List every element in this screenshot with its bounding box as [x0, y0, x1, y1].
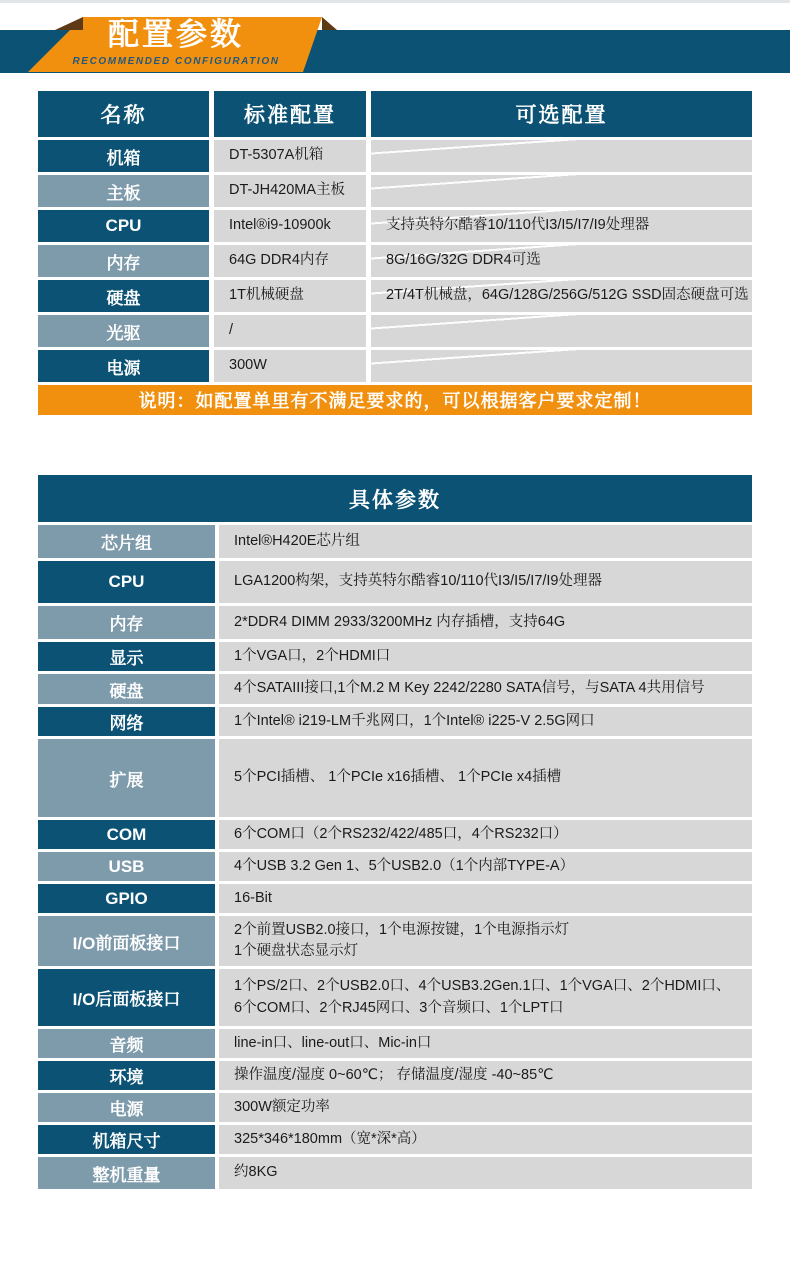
optional-config-cell [371, 175, 752, 207]
table-row: 显示 1个VGA口，2个HDMI口 [38, 642, 752, 671]
row-label-cell: 整机重量 [38, 1157, 215, 1189]
table-row: 硬盘 4个SATAIII接口,1个M.2 M Key 2242/2280 SAT… [38, 674, 752, 704]
table-row: 电源 300W [38, 350, 752, 382]
table-row: CPU LGA1200构架，支持英特尔酷睿10/110代I3/I5/I7/I9处… [38, 561, 752, 603]
banner-text-block: 配置参数 RECOMMENDED CONFIGURATION [45, 18, 307, 67]
table-row: GPIO 16-Bit [38, 884, 752, 913]
spec-value-cell: 1个PS/2口、2个USB2.0口、4个USB3.2Gen.1口、1个VGA口、… [219, 969, 752, 1026]
page-subtitle: RECOMMENDED CONFIGURATION [45, 56, 307, 67]
table-row: COM 6个COM口（2个RS232/422/485口，4个RS232口） [38, 820, 752, 849]
column-header-standard: 标准配置 [214, 91, 366, 137]
row-label-cell: CPU [38, 210, 209, 242]
table-row: 电源 300W额定功率 [38, 1093, 752, 1122]
standard-config-cell: DT-JH420MA主板 [214, 175, 366, 207]
optional-config-cell: 支持英特尔酷睿10/110代I3/I5/I7/I9处理器 [371, 210, 752, 242]
row-label-cell: 电源 [38, 1093, 215, 1122]
table-row: CPU Intel®i9-10900k 支持英特尔酷睿10/110代I3/I5/… [38, 210, 752, 242]
row-label-cell: 扩展 [38, 739, 215, 817]
row-label-cell: I/O前面板接口 [38, 916, 215, 966]
standard-config-cell: DT-5307A机箱 [214, 140, 366, 172]
row-label-cell: CPU [38, 561, 215, 603]
table-row: 扩展 5个PCI插槽、 1个PCIe x16插槽、 1个PCIe x4插槽 [38, 739, 752, 817]
spec-value-cell: 1个VGA口，2个HDMI口 [219, 642, 752, 671]
spec-value-cell: 操作温度/湿度 0~60℃； 存储温度/湿度 -40~85℃ [219, 1061, 752, 1090]
standard-config-cell: 1T机械硬盘 [214, 280, 366, 312]
spec-value-cell: 16-Bit [219, 884, 752, 913]
spec-value-cell: LGA1200构架，支持英特尔酷睿10/110代I3/I5/I7/I9处理器 [219, 561, 752, 603]
table-row: 环境 操作温度/湿度 0~60℃； 存储温度/湿度 -40~85℃ [38, 1061, 752, 1090]
spec-value-cell: 300W额定功率 [219, 1093, 752, 1122]
row-label-cell: GPIO [38, 884, 215, 913]
spec-value-cell: 5个PCI插槽、 1个PCIe x16插槽、 1个PCIe x4插槽 [219, 739, 752, 817]
spec-table-body: 芯片组 Intel®H420E芯片组 CPU LGA1200构架，支持英特尔酷睿… [38, 525, 752, 1189]
row-label-cell: 光驱 [38, 315, 209, 347]
row-label-cell: 环境 [38, 1061, 215, 1090]
spec-table-title: 具体参数 [38, 475, 752, 522]
table-row: 内存 64G DDR4内存 8G/16G/32G DDR4可选 [38, 245, 752, 277]
table-row: 内存 2*DDR4 DIMM 2933/3200MHz 内存插槽，支持64G [38, 606, 752, 639]
row-label-cell: 芯片组 [38, 525, 215, 558]
row-label-cell: 内存 [38, 606, 215, 639]
spec-value-cell: Intel®H420E芯片组 [219, 525, 752, 558]
row-label-cell: 机箱尺寸 [38, 1125, 215, 1154]
table-row: 芯片组 Intel®H420E芯片组 [38, 525, 752, 558]
row-label-cell: I/O后面板接口 [38, 969, 215, 1026]
spec-value-cell: line-in口、line-out口、Mic-in口 [219, 1029, 752, 1058]
standard-config-cell: Intel®i9-10900k [214, 210, 366, 242]
optional-config-cell: 8G/16G/32G DDR4可选 [371, 245, 752, 277]
table-row: 网络 1个Intel® i219-LM千兆网口，1个Intel® i225-V … [38, 707, 752, 736]
spec-value-cell: 4个USB 3.2 Gen 1、5个USB2.0（1个内部TYPE-A） [219, 852, 752, 881]
table-row: I/O前面板接口 2个前置USB2.0接口，1个电源按键，1个电源指示灯 1个硬… [38, 916, 752, 966]
optional-config-cell [371, 350, 752, 382]
page-title: 配置参数 [45, 18, 307, 52]
spec-value-cell: 约8KG [219, 1157, 752, 1189]
spec-value-cell: 325*346*180mm（宽*深*高） [219, 1125, 752, 1154]
spec-value-cell: 2个前置USB2.0接口，1个电源按键，1个电源指示灯 1个硬盘状态显示灯 [219, 916, 752, 966]
spec-table: 具体参数 芯片组 Intel®H420E芯片组 CPU LGA1200构架，支持… [38, 475, 752, 1189]
spec-value-cell: 2*DDR4 DIMM 2933/3200MHz 内存插槽，支持64G [219, 606, 752, 639]
config-note-bar: 说明：如配置单里有不满足要求的，可以根据客户要求定制！ [38, 385, 752, 415]
table-row: 音频 line-in口、line-out口、Mic-in口 [38, 1029, 752, 1058]
table-row: 硬盘 1T机械硬盘 2T/4T机械盘，64G/128G/256G/512G SS… [38, 280, 752, 312]
spec-value-cell: 4个SATAIII接口,1个M.2 M Key 2242/2280 SATA信号… [219, 674, 752, 704]
table-row: 机箱 DT-5307A机箱 [38, 140, 752, 172]
row-label-cell: COM [38, 820, 215, 849]
spec-value-cell: 1个Intel® i219-LM千兆网口，1个Intel® i225-V 2.5… [219, 707, 752, 736]
header-banner: 配置参数 RECOMMENDED CONFIGURATION [0, 3, 790, 85]
table-row: USB 4个USB 3.2 Gen 1、5个USB2.0（1个内部TYPE-A） [38, 852, 752, 881]
table-row: 整机重量 约8KG [38, 1157, 752, 1189]
row-label-cell: 显示 [38, 642, 215, 671]
column-header-name: 名称 [38, 91, 209, 137]
row-label-cell: 硬盘 [38, 280, 209, 312]
table-row: 光驱 / [38, 315, 752, 347]
table-row: I/O后面板接口 1个PS/2口、2个USB2.0口、4个USB3.2Gen.1… [38, 969, 752, 1026]
row-label-cell: 音频 [38, 1029, 215, 1058]
row-label-cell: USB [38, 852, 215, 881]
row-label-cell: 内存 [38, 245, 209, 277]
spec-value-cell: 6个COM口（2个RS232/422/485口，4个RS232口） [219, 820, 752, 849]
standard-config-cell: 64G DDR4内存 [214, 245, 366, 277]
standard-config-cell: 300W [214, 350, 366, 382]
config-table: 名称 标准配置 可选配置 机箱 DT-5307A机箱 主板 DT-JH420MA… [38, 91, 752, 415]
column-header-optional: 可选配置 [371, 91, 752, 137]
optional-config-cell [371, 315, 752, 347]
table-row: 主板 DT-JH420MA主板 [38, 175, 752, 207]
optional-config-cell: 2T/4T机械盘，64G/128G/256G/512G SSD固态硬盘可选 [371, 280, 752, 312]
optional-config-cell [371, 140, 752, 172]
table-row: 机箱尺寸 325*346*180mm（宽*深*高） [38, 1125, 752, 1154]
row-label-cell: 电源 [38, 350, 209, 382]
row-label-cell: 硬盘 [38, 674, 215, 704]
row-label-cell: 机箱 [38, 140, 209, 172]
row-label-cell: 网络 [38, 707, 215, 736]
config-table-body: 机箱 DT-5307A机箱 主板 DT-JH420MA主板 CPU Intel®… [38, 140, 752, 382]
standard-config-cell: / [214, 315, 366, 347]
config-table-header-row: 名称 标准配置 可选配置 [38, 91, 752, 137]
row-label-cell: 主板 [38, 175, 209, 207]
